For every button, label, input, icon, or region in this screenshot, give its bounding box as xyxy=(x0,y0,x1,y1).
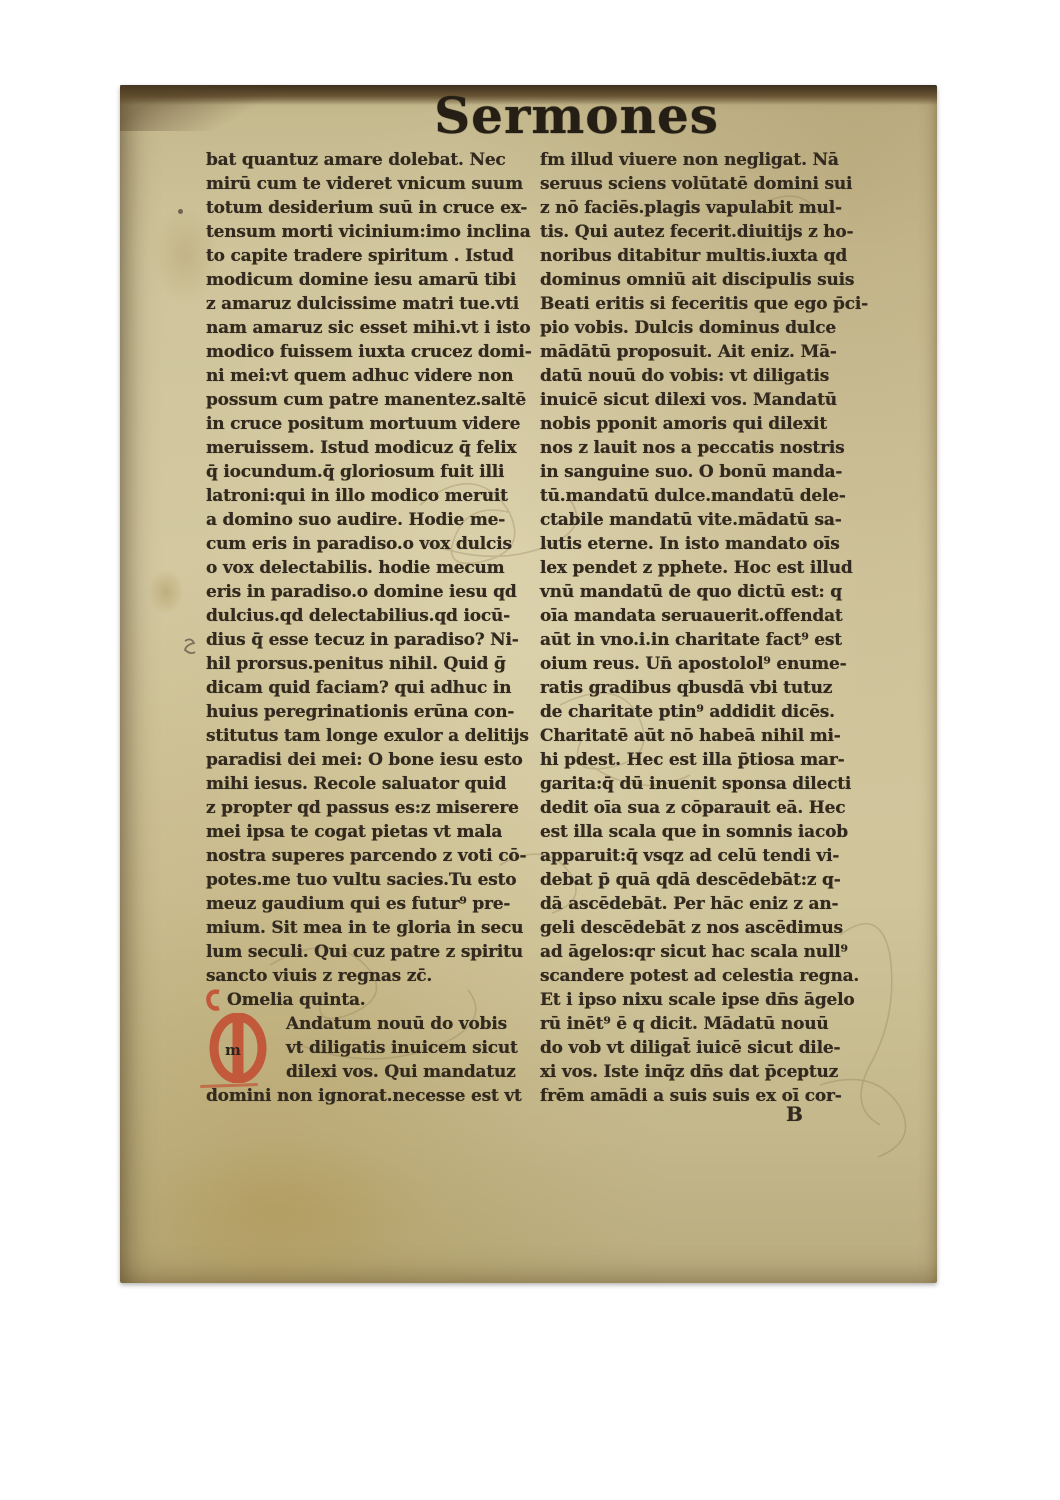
column-lines: fm illud viuere non negligat. Nāseruus s… xyxy=(540,148,884,1108)
text-line: meruissem. Istud modicuz q̄ felix xyxy=(206,436,540,460)
text-line: eris in paradiso.o domine iesu qd xyxy=(206,580,540,604)
text-line: cum eris in paradiso.o vox dulcis xyxy=(206,532,540,556)
text-line: o vox delectabilis. hodie mecum xyxy=(206,556,540,580)
text-line: datū nouū do vobis: vt diligatis xyxy=(540,364,884,388)
text-line: dius q̄ esse tecuz in paradiso? Ni- xyxy=(206,628,540,652)
text-line: totum desiderium suū in cruce ex- xyxy=(206,196,540,220)
text-line: est illa scala que in somnis iacob xyxy=(540,820,884,844)
text-line: lex pendet z pphete. Hoc est illud xyxy=(540,556,884,580)
text-line: meuz gaudium qui es futur⁹ pre- xyxy=(206,892,540,916)
text-line: to capite tradere spiritum . Istud xyxy=(206,244,540,268)
text-line: scandere potest ad celestia regna. xyxy=(540,964,884,988)
text-line: tis. Qui autez fecerit.diuitijs z ho- xyxy=(540,220,884,244)
text-line: tensum morti vicinium:imo inclina xyxy=(206,220,540,244)
text-line: seruus sciens volūtatē domini sui xyxy=(540,172,884,196)
text-line: apparuit:q̄ vsqz ad celū tendi vi- xyxy=(540,844,884,868)
text-line: q̄ iocundum.q̄ gloriosum fuit illi xyxy=(206,460,540,484)
column-lines: bat quantuz amare dolebat. Necmirū cum t… xyxy=(206,148,540,988)
margin-mark xyxy=(182,637,198,655)
drop-cap-block: M m Andatum nouū do vobisvt diligatis in… xyxy=(206,1012,540,1084)
text-line: possum cum patre manentez.saltē xyxy=(206,388,540,412)
text-line: do vob vt diligat̄ iuicē sicut dile- xyxy=(540,1036,884,1060)
text-line: noribus ditabitur multis.iuxta qd xyxy=(540,244,884,268)
guide-letter: m xyxy=(225,1041,241,1059)
text-line: bat quantuz amare dolebat. Nec xyxy=(206,148,540,172)
text-line: ni mei:vt quem adhuc videre non xyxy=(206,364,540,388)
text-line: fm illud viuere non negligat. Nā xyxy=(540,148,884,172)
text-line: ratis gradibus qbusdā vbi tutuz xyxy=(540,676,884,700)
text-line: de charitate ptin⁹ addidit dicēs. xyxy=(540,700,884,724)
text-line: huius peregrinationis erūna con- xyxy=(206,700,540,724)
margin-dot xyxy=(178,209,183,214)
drop-cap-initial-icon: m xyxy=(208,1013,268,1083)
text-line: domini non ignorat.necesse est vt xyxy=(206,1084,540,1108)
text-line: inuicē sicut dilexi vos. Mandatū xyxy=(540,388,884,412)
text-line: tū.mandatū dulce.mandatū dele- xyxy=(540,484,884,508)
text-line: nobis pponit amoris qui dilexit xyxy=(540,412,884,436)
text-line: mium. Sit mea in te gloria in secu xyxy=(206,916,540,940)
text-line: paradisi dei mei: O bone iesu esto xyxy=(206,748,540,772)
text-line: z nō faciēs.plagis vapulabit mul- xyxy=(540,196,884,220)
text-line: mādātū proposuit. Ait eniz. Mā- xyxy=(540,340,884,364)
text-line: mei ipsa te cogat pietas vt mala xyxy=(206,820,540,844)
text-line: Et i ipso nixu scale ipse dn̄s āgelo xyxy=(540,988,884,1012)
text-line: garita:q̄ dū inuenit sponsa dilecti xyxy=(540,772,884,796)
text-line: vt diligatis inuicem sicut xyxy=(286,1036,540,1060)
page-title: Sermones xyxy=(120,89,937,143)
text-line: nostra superes parcendo z voti cō- xyxy=(206,844,540,868)
drop-cap-letter: M xyxy=(206,1012,207,1013)
text-line: dā ascēdebāt. Per hāc eniz z an- xyxy=(540,892,884,916)
text-line: lutis eterne. In isto mandato oīs xyxy=(540,532,884,556)
text-line: geli descēdebāt z nos ascēdimus xyxy=(540,916,884,940)
text-line: Andatum nouū do vobis xyxy=(286,1012,540,1036)
text-line: dedit oīa sua z cōparauit eā. Hec xyxy=(540,796,884,820)
text-line: ad āgelos:qr sicut hac scala null⁹ xyxy=(540,940,884,964)
text-line: lum seculi. Qui cuz patre z spiritu xyxy=(206,940,540,964)
text-line: pio vobis. Dulcis dominus dulce xyxy=(540,316,884,340)
text-line: frēm amādi a suis suis ex oī cor- xyxy=(540,1084,884,1108)
chapter-heading: Omelia quinta. xyxy=(206,988,540,1012)
text-line: nos z lauit nos a peccatis nostris xyxy=(540,436,884,460)
drop-cap-lines: Andatum nouū do vobisvt diligatis inuice… xyxy=(286,1012,540,1084)
text-line: mirū cum te videret vnicum suum xyxy=(206,172,540,196)
text-line: mihi iesus. Recole saluator quid xyxy=(206,772,540,796)
text-line: potes.me tuo vultu sacies.Tu esto xyxy=(206,868,540,892)
text-line: dominus omniū ait discipulis suis xyxy=(540,268,884,292)
text-line: in cruce positum mortuum videre xyxy=(206,412,540,436)
text-line: rū inēt⁹ ē q dicit. Mādatū nouū xyxy=(540,1012,884,1036)
text-line: hil prorsus.penitus nihil. Quid ḡ xyxy=(206,652,540,676)
text-line: debat p̄ quā qdā descēdebāt:z q- xyxy=(540,868,884,892)
text-line: z amaruz dulcissime matri tue.vti xyxy=(206,292,540,316)
paragraph-mark-icon xyxy=(206,989,221,1011)
text-line: vnū mandatū de quo dictū est: q xyxy=(540,580,884,604)
text-line: oium reus. Un̄ apostolol⁹ enume- xyxy=(540,652,884,676)
text-line: hi pdest. Hec est illa p̄tiosa mar- xyxy=(540,748,884,772)
text-line: ctabile mandatū vite.mādatū sa- xyxy=(540,508,884,532)
text-line: stitutus tam longe exulor a delitijs xyxy=(206,724,540,748)
book-page-photo: Sermones bat quantuz amare dolebat. Necm… xyxy=(120,85,937,1283)
text-column-right: fm illud viuere non negligat. Nāseruus s… xyxy=(540,148,884,1126)
text-line: dilexi vos. Qui mandatuz xyxy=(286,1060,540,1084)
chapter-heading-label: Omelia quinta. xyxy=(227,988,366,1012)
text-column-left: bat quantuz amare dolebat. Necmirū cum t… xyxy=(206,148,540,1108)
text-line: sancto viuis z regnas zc̄. xyxy=(206,964,540,988)
text-line: oīa mandata seruauerit.offendat xyxy=(540,604,884,628)
text-line: xi vos. Iste inq̄z dn̄s dat p̄ceptuz xyxy=(540,1060,884,1084)
parchment-stain xyxy=(135,1135,435,1285)
text-line: nam amaruz sic esset mihi.vt i isto xyxy=(206,316,540,340)
text-line: modico fuissem iuxta crucez domi- xyxy=(206,340,540,364)
text-line: aūt in vno.i.in charitate fact⁹ est xyxy=(540,628,884,652)
text-line: latroni:qui in illo modico meruit xyxy=(206,484,540,508)
text-line: Charitatē aūt nō habeā nihil mi- xyxy=(540,724,884,748)
text-line: dicam quid faciam? qui adhuc in xyxy=(206,676,540,700)
text-line: Beati eritis si feceritis que ego p̄ci- xyxy=(540,292,884,316)
text-line: a domino suo audire. Hodie me- xyxy=(206,508,540,532)
parchment-stain xyxy=(148,569,184,615)
text-line: dulcius.qd delectabilius.qd iocū- xyxy=(206,604,540,628)
text-line: in sanguine suo. O bonū manda- xyxy=(540,460,884,484)
text-line: z propter qd passus es:z miserere xyxy=(206,796,540,820)
text-line: modicum domine iesu amarū tibi xyxy=(206,268,540,292)
